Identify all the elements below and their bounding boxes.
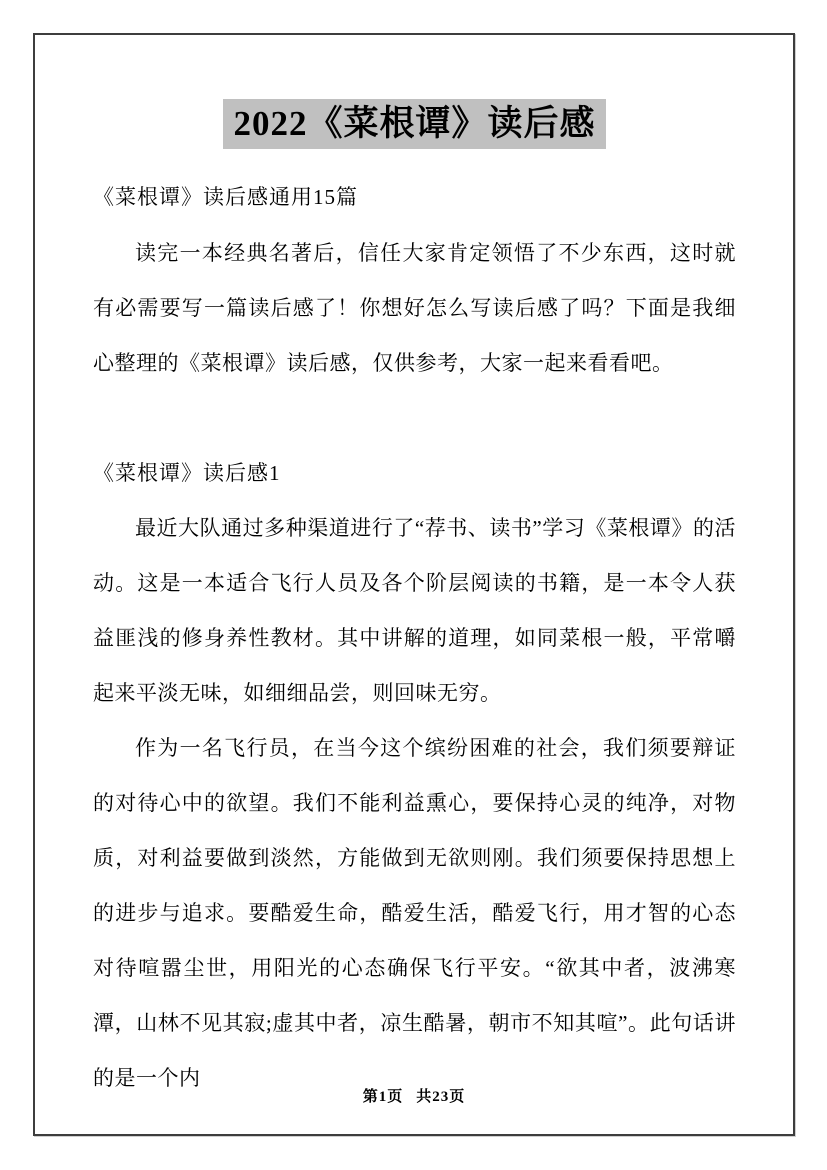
- body-paragraph: 作为一名飞行员，在当今这个缤纷困难的社会，我们须要辩证的对待心中的欲望。我们不能…: [93, 721, 736, 1106]
- title-row: 2022《菜根谭》读后感: [93, 99, 736, 149]
- paragraph-spacer: [93, 391, 736, 446]
- document-body: 读完一本经典名著后，信任大家肯定领悟了不少东西，这时就有必需要写一篇读后感了！你…: [93, 226, 736, 1106]
- footer-page-number: 第1页: [363, 1089, 404, 1105]
- body-paragraph: 最近大队通过多种渠道进行了“荐书、读书”学习《菜根谭》的活动。这是一本适合飞行人…: [93, 501, 736, 721]
- intro-paragraph: 读完一本经典名著后，信任大家肯定领悟了不少东西，这时就有必需要写一篇读后感了！你…: [93, 226, 736, 391]
- document-subtitle: 《菜根谭》读后感通用15篇: [93, 182, 736, 212]
- section-heading: 《菜根谭》读后感1: [93, 446, 736, 501]
- page-footer: 第1页共23页: [35, 1085, 793, 1106]
- footer-total-pages: 共23页: [416, 1089, 465, 1105]
- document-page: 2022《菜根谭》读后感 《菜根谭》读后感通用15篇 读完一本经典名著后，信任大…: [33, 33, 795, 1136]
- document-title: 2022《菜根谭》读后感: [223, 99, 605, 149]
- page-content: 2022《菜根谭》读后感 《菜根谭》读后感通用15篇 读完一本经典名著后，信任大…: [35, 35, 793, 1106]
